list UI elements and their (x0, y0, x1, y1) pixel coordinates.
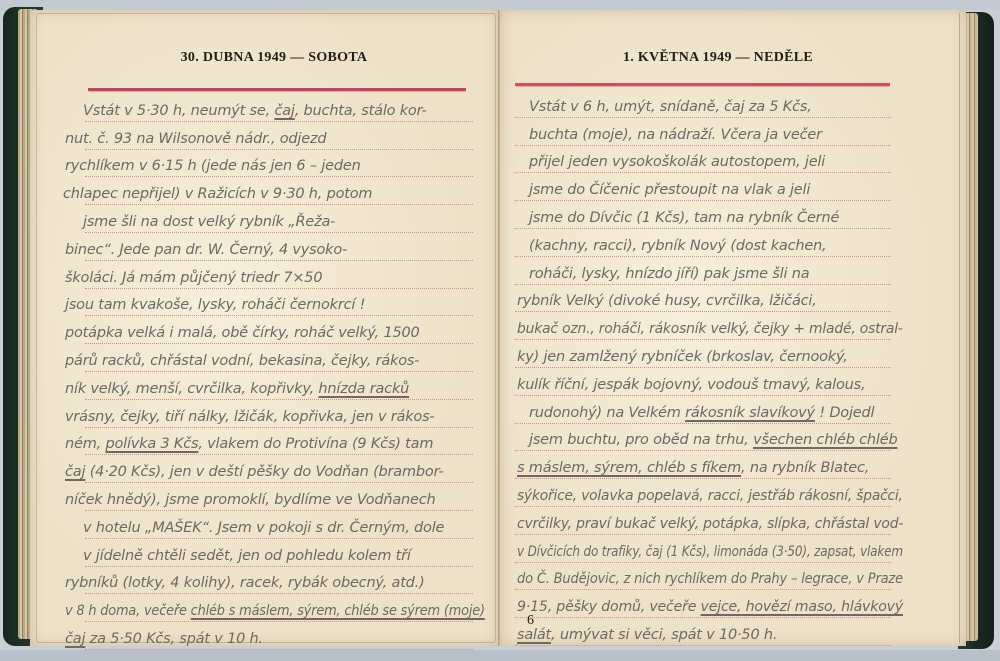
handwritten-line: sýkořice, volavka popelavá, racci, jestř… (517, 488, 903, 504)
ruled-line: vrásny, čejky, tiří nálky, lžičák, kopři… (85, 400, 473, 428)
ruled-line: školáci. Já mám půjčený triedr 7×50 (85, 261, 473, 289)
handwritten-line: binec“. Jede pan dr. W. Černý, 4 vysoko- (65, 242, 347, 258)
ruled-line: rybníků (lotky, 4 kolihy), racek, rybák … (85, 567, 473, 595)
handwritten-line: v Dívčicích do trafiky, čaj (1 Kčs), lim… (517, 544, 903, 560)
ruled-line: potápka velká i malá, obě čírky, roháč v… (85, 316, 473, 344)
ruled-line: rychlíkem v 6·15 h (jede nás jen 6 – jed… (85, 150, 473, 178)
handwritten-line: rychlíkem v 6·15 h (jede nás jen 6 – jed… (65, 158, 361, 174)
ruled-line: ném, polívka 3 Kčs, vlakem do Protivína … (85, 428, 473, 456)
ruled-line: níček hnědý), jsme promoklí, bydlíme ve … (85, 483, 473, 511)
ruled-line: ky) jen zamlžený rybníček (brkoslav, čer… (515, 340, 891, 368)
handwritten-line: ník velký, menší, cvrčilka, kopřivky, hn… (65, 381, 409, 397)
ruled-line: rudonohý) na Velkém rákosník slavíkový !… (515, 396, 891, 424)
handwritten-line: párů racků, chřástal vodní, bekasina, če… (65, 353, 419, 369)
handwritten-line: nut. č. 93 na Wilsonově nádr., odjezd (65, 131, 326, 147)
ruled-line: salát, umývat si věci, spát v 10·50 h. (515, 618, 891, 646)
handwritten-line: do Č. Budějovic, z nich rychlíkem do Pra… (517, 571, 903, 587)
ruled-line: ník velký, menší, cvrčilka, kopřivky, hn… (85, 372, 473, 400)
ruled-line: jsme do Číčenic přestoupit na vlak a jel… (515, 173, 891, 201)
handwritten-line: chlapec nepřijel) v Ražicích v 9·30 h, p… (63, 186, 372, 202)
diary-page-right: 1. KVĚTNA 1949 — NEDĚLE Vstát v 6 h, umý… (499, 10, 966, 646)
handwritten-line: rybník Velký (divoké husy, cvrčilka, lži… (517, 293, 817, 309)
handwritten-line: Vstát v 5·30 h, neumýt se, čaj, buchta, … (83, 103, 427, 119)
ruled-line: jsme šli na dost velký rybník „Řeža- (85, 205, 473, 233)
ruled-line: čaj (4·20 Kčs), jen v deští pěšky do Vod… (85, 455, 473, 483)
handwritten-line: potápka velká i malá, obě čírky, roháč v… (65, 325, 420, 341)
handwritten-line: buchta (moje), na nádraží. Včera ja veče… (529, 127, 822, 143)
handwritten-line: 9·15, pěšky domů, večeře vejce, hovězí m… (517, 599, 903, 615)
ruled-line: v jídelně chtěli sedět, jen od pohledu k… (85, 539, 473, 567)
handwritten-line: jsme šli na dost velký rybník „Řeža- (83, 214, 335, 230)
ruled-line: v hotelu „MAŠEK“. Jsem v pokoji s dr. Če… (85, 511, 473, 539)
ruled-line: s máslem, sýrem, chléb s fíkem, na rybní… (515, 451, 891, 479)
handwritten-line: s máslem, sýrem, chléb s fíkem, na rybní… (517, 460, 869, 476)
handwritten-line: bukač ozn., roháči, rákosník velký, čejk… (517, 321, 903, 337)
handwritten-line: čaj (4·20 Kčs), jen v deští pěšky do Vod… (65, 464, 444, 480)
handwritten-line: (kachny, racci), rybník Nový (dost kache… (529, 238, 826, 254)
ruled-line: jsou tam kvakoše, lysky, roháči černokrc… (85, 289, 473, 317)
handwritten-line: školáci. Já mám půjčený triedr 7×50 (65, 270, 322, 286)
ruled-line: bukač ozn., roháči, rákosník velký, čejk… (515, 312, 891, 340)
ruled-line: čaj za 5·50 Kčs, spát v 10 h. (85, 622, 473, 650)
handwritten-line: jsme do Dívčic (1 Kčs), tam na rybník Če… (529, 210, 839, 226)
ruled-line: nut. č. 93 na Wilsonově nádr., odjezd (85, 122, 473, 150)
handwritten-line: jsou tam kvakoše, lysky, roháči černokrc… (65, 297, 365, 313)
ruled-line: roháči, lysky, hnízdo jíří) pak jsme šli… (515, 257, 891, 285)
handwritten-line: kulík říční, jespák bojovný, vodouš tmav… (517, 377, 865, 393)
ruled-line: párů racků, chřástal vodní, bekasina, če… (85, 344, 473, 372)
handwritten-line: v 8 h doma, večeře chléb s máslem, sýrem… (65, 603, 485, 619)
handwritten-line: jsme do Číčenic přestoupit na vlak a jel… (529, 182, 810, 198)
handwritten-line: salát, umývat si věci, spát v 10·50 h. (517, 627, 777, 643)
handwritten-line: rudonohý) na Velkém rákosník slavíkový !… (529, 405, 874, 421)
handwritten-line: přijel jeden vysokoškolák autostopem, je… (529, 154, 825, 170)
ruled-line: do Č. Budějovic, z nich rychlíkem do Pra… (515, 563, 891, 591)
handwritten-line: jsem buchtu, pro oběd na trhu, všechen c… (529, 432, 897, 448)
scan-backdrop-top (0, 0, 1000, 10)
handwritten-line: v jídelně chtěli sedět, jen od pohledu k… (83, 548, 411, 564)
ruled-line: jsme do Dívčic (1 Kčs), tam na rybník Če… (515, 201, 891, 229)
ruled-line: v Dívčicích do trafiky, čaj (1 Kčs), lim… (515, 535, 891, 563)
handwritten-line: čaj za 5·50 Kčs, spát v 10 h. (65, 631, 263, 647)
handwritten-line: vrásny, čejky, tiří nálky, lžičák, kopři… (65, 409, 434, 425)
ruled-line: Vstát v 6 h, umýt, snídaně, čaj za 5 Kčs… (515, 90, 891, 118)
ruled-line: cvrčilky, praví bukač velký, potápka, sl… (515, 507, 891, 535)
ruled-line: (kachny, racci), rybník Nový (dost kache… (515, 229, 891, 257)
scan-backdrop-bottom (0, 650, 1000, 661)
ruled-line: sýkořice, volavka popelavá, racci, jestř… (515, 479, 891, 507)
handwritten-line: ném, polívka 3 Kčs, vlakem do Protivína … (65, 436, 433, 452)
ruled-line: binec“. Jede pan dr. W. Černý, 4 vysoko- (85, 233, 473, 261)
handwritten-entry: Vstát v 5·30 h, neumýt se, čaj, buchta, … (30, 10, 498, 646)
handwritten-line: ky) jen zamlžený rybníček (brkoslav, čer… (517, 349, 848, 365)
ruled-line: chlapec nepřijel) v Ražicích v 9·30 h, p… (85, 177, 473, 205)
page-number: 6 (527, 613, 534, 629)
ruled-line: kulík říční, jespák bojovný, vodouš tmav… (515, 368, 891, 396)
handwritten-entry: Vstát v 6 h, umýt, snídaně, čaj za 5 Kčs… (500, 10, 966, 646)
ruled-line: 9·15, pěšky domů, večeře vejce, hovězí m… (515, 590, 891, 618)
handwritten-line: rybníků (lotky, 4 kolihy), racek, rybák … (65, 575, 425, 591)
handwritten-line: cvrčilky, praví bukač velký, potápka, sl… (517, 516, 903, 532)
handwritten-line: Vstát v 6 h, umýt, snídaně, čaj za 5 Kčs… (529, 99, 812, 115)
handwritten-line: níček hnědý), jsme promoklí, bydlíme ve … (65, 492, 436, 508)
ruled-line: Vstát v 5·30 h, neumýt se, čaj, buchta, … (85, 94, 473, 122)
diary-page-left: 30. DUBNA 1949 — SOBOTA Vstát v 5·30 h, … (30, 10, 499, 646)
ruled-line: rybník Velký (divoké husy, cvrčilka, lži… (515, 285, 891, 313)
ruled-line: buchta (moje), na nádraží. Včera ja veče… (515, 118, 891, 146)
ruled-line: jsem buchtu, pro oběd na trhu, všechen c… (515, 424, 891, 452)
handwritten-line: v hotelu „MAŠEK“. Jsem v pokoji s dr. Če… (83, 520, 444, 536)
handwritten-line: roháči, lysky, hnízdo jíří) pak jsme šli… (529, 266, 809, 282)
ruled-line: v 8 h doma, večeře chléb s máslem, sýrem… (85, 594, 473, 622)
ruled-line: přijel jeden vysokoškolák autostopem, je… (515, 146, 891, 174)
